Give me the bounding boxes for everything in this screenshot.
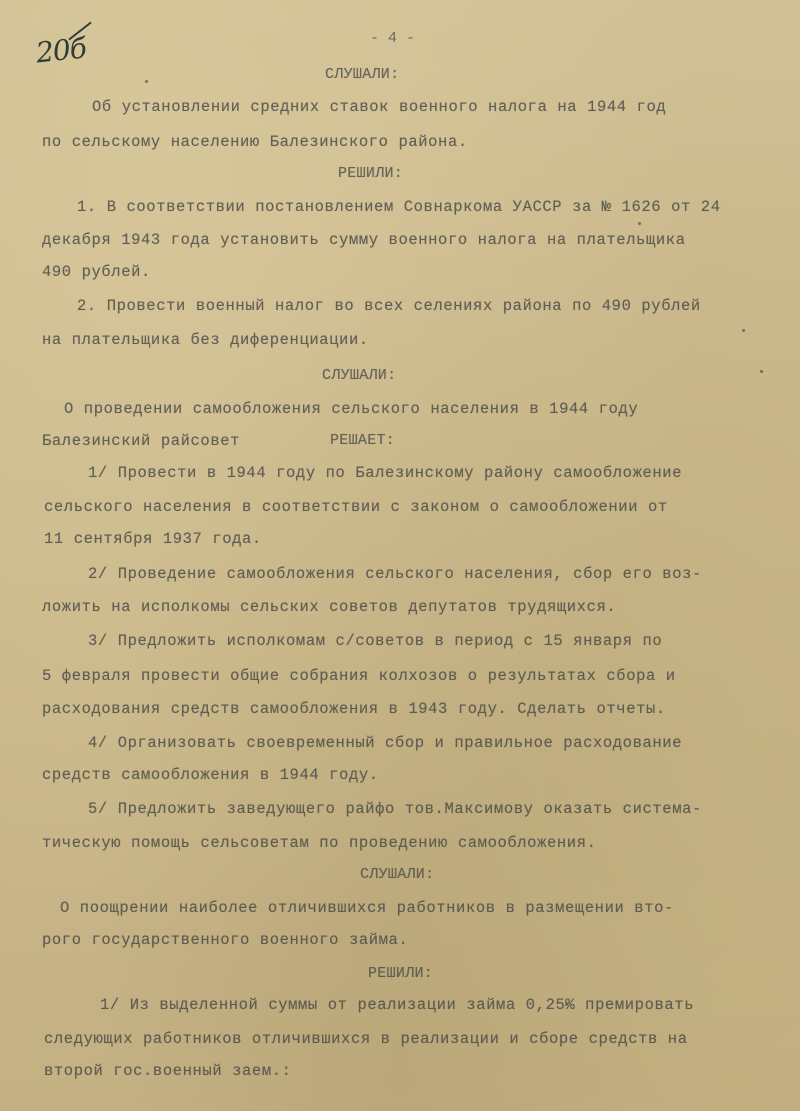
- heard-line: О проведении самообложения сельского нас…: [64, 400, 638, 418]
- heading-decided-2: РЕШАЕТ:: [330, 432, 395, 449]
- paper-speck: [742, 329, 745, 332]
- decision-line: 490 рублей.: [42, 263, 151, 281]
- decision-line: 2. Провести военный налог во всех селени…: [77, 297, 701, 315]
- paper-speck: [760, 370, 763, 373]
- heard-line: О поощрении наиболее отличившихся работн…: [60, 899, 674, 917]
- decision-line: тическую помощь сельсоветам по проведени…: [42, 834, 596, 852]
- decision-line: 4/ Организовать своевременный сбор и пра…: [88, 734, 682, 752]
- decision-line: 5 февраля провести общие собрания колхоз…: [42, 667, 676, 685]
- heading-heard-3: СЛУШАЛИ:: [360, 866, 434, 883]
- heard-line: рого государственного военного займа.: [42, 931, 408, 949]
- heading-heard-1: СЛУШАЛИ:: [325, 66, 399, 83]
- heard-line: по сельскому населению Балезинского райо…: [42, 133, 468, 151]
- decision-prefix: Балезинский райсовет: [42, 432, 240, 450]
- heading-decided-3: РЕШИЛИ:: [368, 965, 433, 982]
- decision-line: 3/ Предложить исполкомам с/советов в пер…: [88, 632, 662, 650]
- decision-line: расходования средств самообложения в 194…: [42, 700, 666, 718]
- paper-speck: [145, 80, 148, 83]
- decision-line: 5/ Предложить заведующего райфо тов.Макс…: [88, 800, 702, 818]
- decision-line: декабря 1943 года установить сумму военн…: [42, 231, 686, 249]
- heading-decided-1: РЕШИЛИ:: [338, 165, 403, 182]
- paper-speck: [638, 222, 641, 225]
- decision-line: 2/ Проведение самообложения сельского на…: [88, 565, 702, 583]
- decision-line: сельского населения в соответствии с зак…: [44, 498, 668, 516]
- decision-line: средств самообложения в 1944 году.: [42, 766, 379, 784]
- page-number: - 4 -: [370, 30, 415, 47]
- decision-line: на плательщика без диференциации.: [42, 331, 369, 349]
- decision-line: 1. В соответствии постановлением Совнарк…: [77, 198, 721, 216]
- decision-line: следующих работников отличившихся в реал…: [44, 1030, 688, 1048]
- archival-document-page: 20б - 4 - СЛУШАЛИ: Об установлении средн…: [0, 0, 800, 1111]
- decision-line: второй гос.военный заем.:: [44, 1062, 292, 1080]
- decision-line: 1/ Из выделенной суммы от реализации зай…: [100, 996, 694, 1014]
- heading-heard-2: СЛУШАЛИ:: [322, 367, 396, 384]
- decision-line: 1/ Провести в 1944 году по Балезинскому …: [88, 464, 682, 482]
- paper-speck: [565, 1003, 568, 1006]
- heard-line: Об установлении средних ставок военного …: [92, 98, 666, 116]
- handwritten-folio-number: 20б: [34, 31, 87, 69]
- decision-line: 11 сентября 1937 года.: [44, 530, 262, 548]
- decision-line: ложить на исполкомы сельских советов деп…: [42, 598, 616, 616]
